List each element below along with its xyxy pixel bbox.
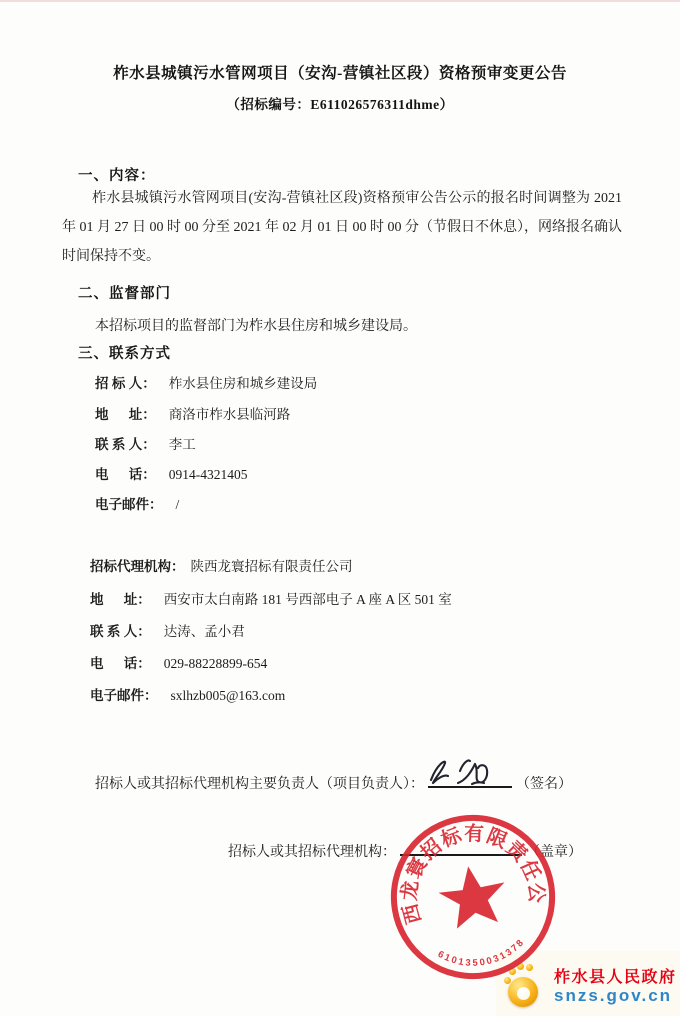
field-label: 电 话： — [95, 467, 156, 482]
principal-label: 招标人或其招标代理机构主要负责人（项目负责人）： — [95, 777, 424, 792]
field-label: 电子邮件： — [90, 688, 158, 703]
field-label: 联 系 人： — [95, 437, 156, 452]
section1-heading: 一、内容： — [78, 164, 156, 185]
signature-blank — [428, 772, 512, 788]
document-page: 柞水县城镇污水管网项目（安沟-营镇社区段）资格预审变更公告 （招标编号：E611… — [0, 0, 680, 1016]
agency-row: 电子邮件：sxlhzb005@163.com — [90, 684, 285, 704]
field-label: 地 址： — [90, 592, 151, 607]
field-label: 招标代理机构： — [90, 559, 185, 574]
field-label: 电 话： — [90, 656, 151, 671]
gov-url: snzs.gov.cn — [554, 986, 672, 1006]
section3-heading: 三、联系方式 — [78, 342, 171, 363]
bid-number: （招标编号：E611026576311dhme） — [0, 93, 680, 113]
gov-name: 柞水县人民政府 — [554, 964, 677, 987]
section2-heading: 二、监督部门 — [78, 282, 171, 303]
tenderer-row: 电子邮件：/ — [95, 493, 179, 513]
handwritten-signature — [424, 750, 516, 792]
field-value: 陕西龙寰招标有限责任公司 — [191, 559, 353, 574]
field-value: 李工 — [169, 437, 196, 452]
tenderer-row: 电 话：0914-4321405 — [95, 463, 248, 483]
agency-row: 地 址：西安市太白南路 181 号西部电子 A 座 A 区 501 室 — [90, 588, 452, 608]
tenderer-row: 招 标 人：柞水县住房和城乡建设局 — [95, 372, 317, 392]
scan-artifact-line — [0, 0, 680, 2]
field-value: 西安市太白南路 181 号西部电子 A 座 A 区 501 室 — [164, 592, 452, 607]
field-value: 柞水县住房和城乡建设局 — [169, 376, 318, 391]
field-label: 招 标 人： — [95, 376, 156, 391]
field-value: sxlhzb005@163.com — [171, 688, 286, 703]
org-label: 招标人或其招标代理机构： — [228, 845, 396, 860]
star-icon — [435, 861, 510, 930]
agency-row: 电 话：029-88228899-654 — [90, 652, 267, 672]
tenderer-row: 联 系 人：李工 — [95, 433, 196, 453]
document-title: 柞水县城镇污水管网项目（安沟-营镇社区段）资格预审变更公告 — [0, 61, 680, 83]
field-label: 电子邮件： — [95, 497, 163, 512]
field-value: 029-88228899-654 — [164, 656, 268, 671]
field-label: 联 系 人： — [90, 624, 151, 639]
tenderer-row: 地 址：商洛市柞水县临河路 — [95, 403, 290, 423]
field-value: 达涛、孟小君 — [164, 624, 245, 639]
field-value: / — [176, 497, 180, 512]
section1-body: 柞水县城镇污水管网项目(安沟-营镇社区段)资格预审公告公示的报名时间调整为 20… — [62, 184, 622, 271]
agency-row: 招标代理机构：陕西龙寰招标有限责任公司 — [90, 555, 353, 575]
principal-suffix: （签名） — [516, 777, 572, 792]
principal-signature-line: 招标人或其招标代理机构主要负责人（项目负责人）： （签名） — [95, 772, 572, 793]
section2-body: 本招标项目的监督部门为柞水县住房和城乡建设局。 — [95, 312, 635, 341]
field-value: 0914-4321405 — [169, 467, 248, 482]
field-value: 商洛市柞水县临河路 — [169, 407, 291, 422]
field-label: 地 址： — [95, 407, 156, 422]
company-seal-stamp: 陕西龙寰招标有限责任公司 6101350031378 — [386, 811, 560, 983]
agency-row: 联 系 人：达涛、孟小君 — [90, 620, 245, 640]
